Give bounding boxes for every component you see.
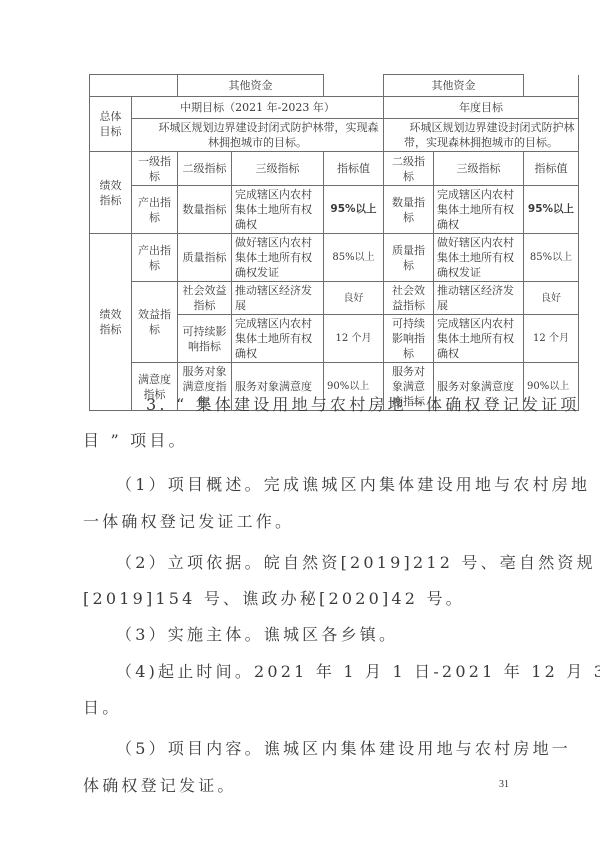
header-level3: 三级指标 bbox=[232, 152, 324, 186]
level1-cell: 效益指标 bbox=[132, 282, 178, 363]
level2-cell: 数量指标 bbox=[178, 186, 232, 234]
level3-cell: 做好辖区内农村集体土地所有权确权发证 bbox=[232, 234, 324, 282]
other-funds-right: 其他资金 bbox=[384, 75, 524, 97]
level1-cell: 产出指标 bbox=[132, 234, 178, 282]
r-value-cell: 95%以上 bbox=[524, 186, 579, 234]
annual-goal-text: 环城区规划边界建设封闭式防护林带，实现森林拥抱城市的目标。 bbox=[384, 119, 579, 152]
performance-goals-table: 其他资金 其他资金 总体目标 中期目标（2021 年-2023 年） 年度目标 … bbox=[89, 74, 579, 411]
value-cell: 良好 bbox=[324, 282, 384, 315]
page-number: 31 bbox=[499, 779, 509, 790]
r-level3-cell: 完成辖区内农村集体土地所有权确权 bbox=[434, 315, 524, 363]
header-value: 指标值 bbox=[324, 152, 384, 186]
level3-cell: 完成辖区内农村集体土地所有权确权 bbox=[232, 315, 324, 363]
level3-cell: 完成辖区内农村集体土地所有权确权 bbox=[232, 186, 324, 234]
header-r-level2: 二级指标 bbox=[384, 152, 434, 186]
period-line2: 日。 bbox=[83, 695, 121, 718]
r-value-cell: 12 个月 bbox=[524, 315, 579, 363]
gap-cell-right bbox=[524, 75, 579, 97]
content-line1: （5）项目内容。谯城区内集体建设用地与农村房地一 bbox=[116, 736, 571, 759]
section-heading-line1: 3. “ 集体建设用地与农村房地一体确权登记发证项 bbox=[146, 392, 580, 415]
header-r-value: 指标值 bbox=[524, 152, 579, 186]
level2-cell: 可持续影响指标 bbox=[178, 315, 232, 363]
annual-goal-header: 年度目标 bbox=[384, 97, 579, 119]
mid-term-goal-header: 中期目标（2021 年-2023 年） bbox=[132, 97, 384, 119]
section-heading-line2: 目 ” 项目。 bbox=[83, 428, 188, 451]
blank-cell bbox=[90, 75, 178, 97]
level3-cell: 推动辖区经济发展 bbox=[232, 282, 324, 315]
overview-line2: 一体确权登记发证工作。 bbox=[83, 509, 294, 532]
period-line1: （4)起止时间。2021 年 1 月 1 日-2021 年 12 月 31 bbox=[116, 659, 600, 682]
basis-line2: [2019]154 号、谯政办秘[2020]42 号。 bbox=[83, 586, 465, 609]
mid-term-goal-text: 环城区规划边界建设封闭式防护林带，实现森林拥抱城市的目标。 bbox=[132, 119, 384, 152]
r-level3-cell: 做好辖区内农村集体土地所有权确权发证 bbox=[434, 234, 524, 282]
performance-label-2: 绩效指标 bbox=[90, 234, 132, 411]
output-quantity-row: 产出指标 数量指标 完成辖区内农村集体土地所有权确权 95%以上 数量指标 完成… bbox=[90, 186, 579, 234]
content-line2: 体确权登记发证。 bbox=[83, 773, 237, 796]
value-cell: 95%以上 bbox=[324, 186, 384, 234]
header-level2: 二级指标 bbox=[178, 152, 232, 186]
performance-table-container: 其他资金 其他资金 总体目标 中期目标（2021 年-2023 年） 年度目标 … bbox=[89, 74, 578, 411]
r-level2-cell: 社会效益指标 bbox=[384, 282, 434, 315]
r-value-cell: 良好 bbox=[524, 282, 579, 315]
goal-text-row: 环城区规划边界建设封闭式防护林带，实现森林拥抱城市的目标。 环城区规划边界建设封… bbox=[90, 119, 579, 152]
header-r-level3: 三级指标 bbox=[434, 152, 524, 186]
social-benefit-row: 效益指标 社会效益指标 推动辖区经济发展 良好 社会效益指标 推动辖区经济发展 … bbox=[90, 282, 579, 315]
level2-cell: 社会效益指标 bbox=[178, 282, 232, 315]
implementer-line: （3）实施主体。谯城区各乡镇。 bbox=[116, 622, 398, 645]
r-value-cell: 85%以上 bbox=[524, 234, 579, 282]
goal-header-row: 总体目标 中期目标（2021 年-2023 年） 年度目标 bbox=[90, 97, 579, 119]
other-funds-left: 其他资金 bbox=[178, 75, 324, 97]
value-cell: 85%以上 bbox=[324, 234, 384, 282]
overall-goal-label: 总体目标 bbox=[90, 97, 132, 152]
r-level2-cell: 数量指标 bbox=[384, 186, 434, 234]
overview-line1: （1）项目概述。完成谯城区内集体建设用地与农村房地 bbox=[116, 472, 590, 495]
r-level2-cell: 质量指标 bbox=[384, 234, 434, 282]
gap-cell bbox=[324, 75, 384, 97]
output-quality-row: 绩效指标 产出指标 质量指标 做好辖区内农村集体土地所有权确权发证 85%以上 … bbox=[90, 234, 579, 282]
indicator-header-row: 绩效指标 一级指标 二级指标 三级指标 指标值 二级指标 三级指标 指标值 bbox=[90, 152, 579, 186]
basis-line1: （2）立项依据。皖自然资[2019]212 号、亳自然资规 bbox=[116, 550, 596, 573]
r-level3-cell: 推动辖区经济发展 bbox=[434, 282, 524, 315]
level1-cell: 产出指标 bbox=[132, 186, 178, 234]
value-cell: 12 个月 bbox=[324, 315, 384, 363]
funding-row: 其他资金 其他资金 bbox=[90, 75, 579, 97]
r-level3-cell: 完成辖区内农村集体土地所有权确权 bbox=[434, 186, 524, 234]
header-level1: 一级指标 bbox=[132, 152, 178, 186]
level2-cell: 质量指标 bbox=[178, 234, 232, 282]
performance-label-1: 绩效指标 bbox=[90, 152, 132, 234]
r-level2-cell: 可持续影响指标 bbox=[384, 315, 434, 363]
